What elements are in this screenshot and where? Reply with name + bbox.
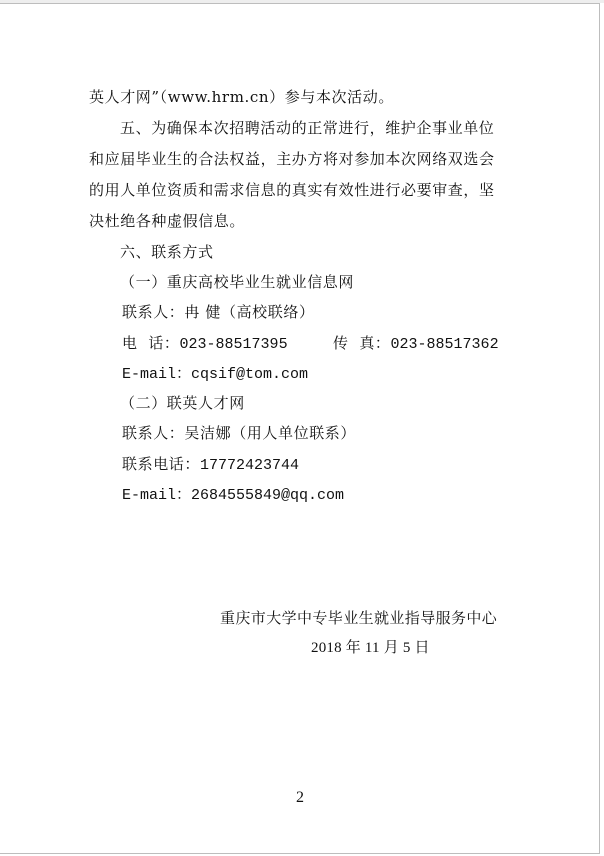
- org1-fax-row: 传 真：023-88517362: [333, 333, 499, 355]
- org2-phone: 17772423744: [200, 457, 299, 474]
- org2-email-row: E-mail：2684555849@qq.com: [122, 484, 344, 506]
- org1-email-row: E-mail：cqsif@tom.com: [122, 363, 308, 385]
- paragraph-line-1: 英人才网”（www.hrm.cn）参与本次活动。: [89, 87, 394, 107]
- signature-organization: 重庆市大学中专毕业生就业指导服务中心: [220, 608, 497, 628]
- org1-contact-person: 联系人：冉 健（高校联络）: [122, 302, 315, 322]
- paragraph-line-4: 的用人单位资质和需求信息的真实有效性进行必要审查，坚: [89, 180, 495, 200]
- org2-contact-person: 联系人：吴洁娜（用人单位联系）: [122, 423, 356, 443]
- org1-fax-label: 传 真：: [333, 334, 391, 352]
- paragraph-line-3: 和应届毕业生的合法权益，主办方将对参加本次网络双选会: [89, 149, 495, 169]
- org1-title: （一）重庆高校毕业生就业信息网: [120, 272, 354, 292]
- signature-date: 2018 年 11 月 5 日: [311, 638, 430, 658]
- paragraph-line-2: 五、为确保本次招聘活动的正常进行，维护企事业单位: [120, 118, 494, 138]
- org2-email: 2684555849@qq.com: [191, 487, 344, 504]
- contact-heading: 六、联系方式: [120, 242, 214, 262]
- org1-email: cqsif@tom.com: [191, 366, 308, 383]
- org1-phone: 023-88517395: [180, 336, 288, 353]
- org2-phone-label: 联系电话：: [122, 455, 200, 473]
- org2-title: （二）联英人才网: [120, 393, 245, 413]
- org2-phone-row: 联系电话：17772423744: [122, 454, 299, 476]
- org1-phone-row: 电 话：023-88517395: [122, 333, 288, 355]
- org2-email-label: E-mail：: [122, 487, 191, 504]
- page-number: 2: [0, 789, 600, 807]
- org1-email-label: E-mail：: [122, 366, 191, 383]
- org1-fax: 023-88517362: [391, 336, 499, 353]
- document-page: 英人才网”（www.hrm.cn）参与本次活动。 五、为确保本次招聘活动的正常进…: [0, 3, 600, 854]
- org1-phone-label: 电 话：: [122, 334, 180, 352]
- paragraph-line-5: 决杜绝各种虚假信息。: [89, 211, 245, 231]
